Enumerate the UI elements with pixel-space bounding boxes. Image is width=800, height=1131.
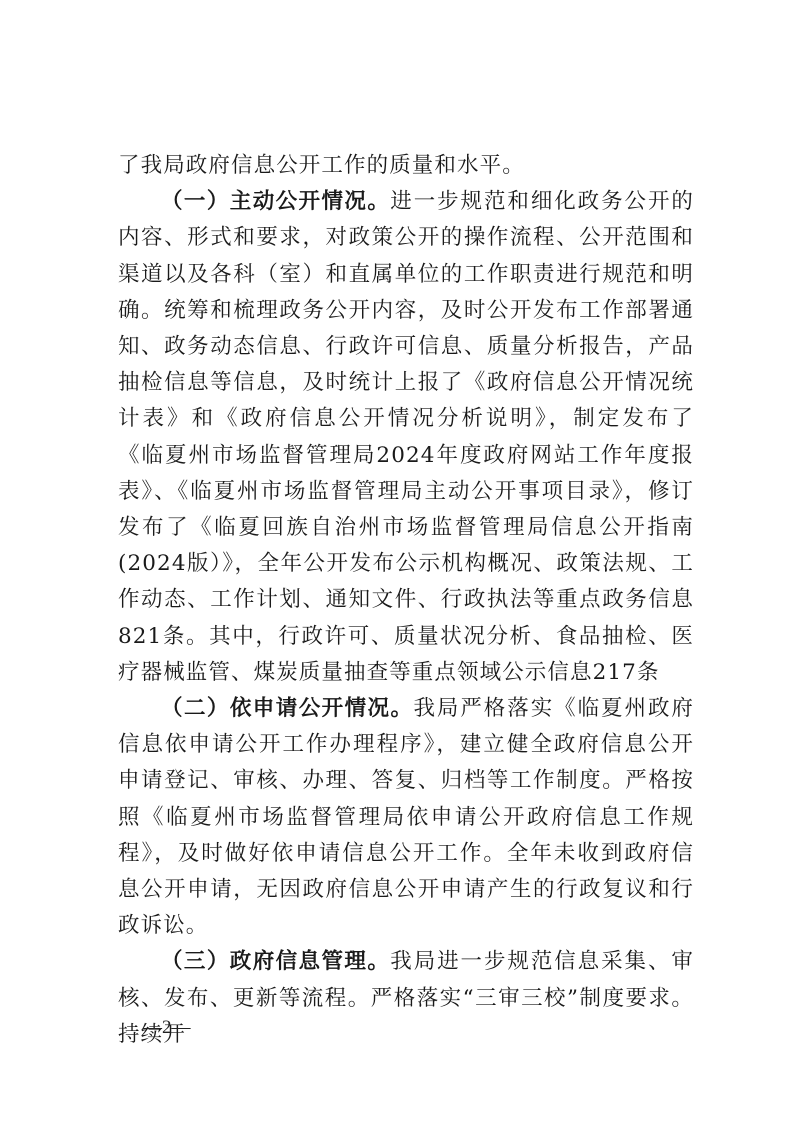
paragraph-info-management: （三）政府信息管理。我局进一步规范信息采集、审核、发布、更新等流程。严格落实“三… [118,944,694,1053]
paragraph-proactive-disclosure: （一）主动公开情况。进一步规范和细化政务公开的内容、形式和要求，对政策公开的操作… [118,184,694,691]
paragraph-text: 我局严格落实《临夏州政府信息依申请公开工作办理程序》，建立健全政府信息公开申请登… [118,696,694,938]
page-number: —2— [143,1017,191,1039]
section-heading-request-disclosure: （二）依申请公开情况。 [161,696,413,721]
paragraph-text: 了我局政府信息公开工作的质量和水平。 [118,153,525,178]
section-heading-proactive-disclosure: （一）主动公开情况。 [161,189,390,214]
paragraph-request-disclosure: （二）依申请公开情况。我局严格落实《临夏州政府信息依申请公开工作办理程序》，建立… [118,691,694,944]
paragraph-text: 进一步规范和细化政务公开的内容、形式和要求，对政策公开的操作流程、公开范围和渠道… [118,189,694,685]
section-heading-info-management: （三）政府信息管理。 [161,949,390,974]
paragraph-continuation: 了我局政府信息公开工作的质量和水平。 [118,148,694,184]
document-page: 了我局政府信息公开工作的质量和水平。 （一）主动公开情况。进一步规范和细化政务公… [118,148,694,1053]
